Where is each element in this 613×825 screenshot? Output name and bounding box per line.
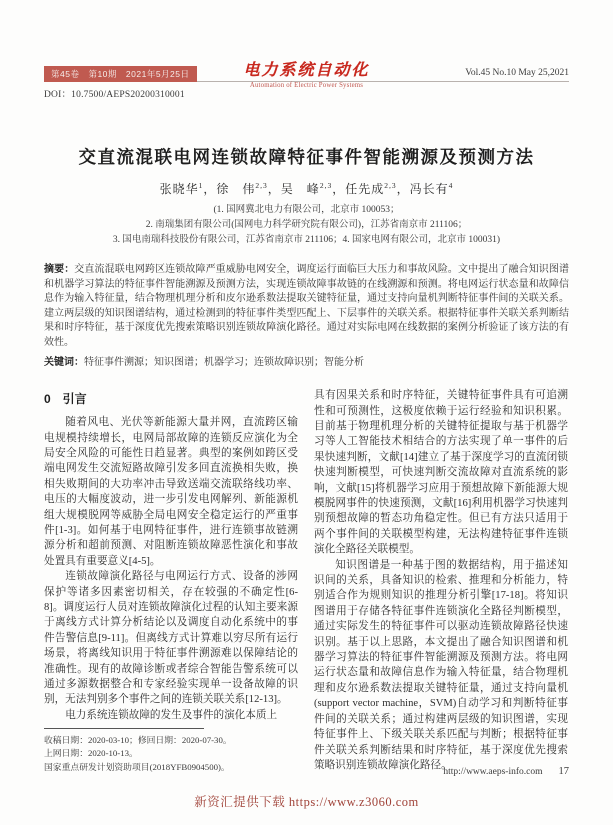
- affiliations: (1. 国网冀北电力有限公司，北京市 100053； 2. 南瑞集团有限公司(国…: [44, 203, 569, 248]
- abstract-text: 交直流混联电网跨区连锁故障严重威胁电网安全，调度运行面临巨大压力和事故风险。文中…: [44, 264, 569, 348]
- right-column: 具有因果关系和时序特征，关键特征事件具有可追溯性和可预测性，这极度依赖于运行经验…: [314, 388, 568, 774]
- paragraph: 电力系统连锁故障的发生及事件的演化本质上: [44, 708, 298, 723]
- journal-page: 第45卷 第10期 2021年5月25日 DOI：10.7500/AEPS202…: [0, 0, 613, 825]
- volume-english: Vol.45 No.10 May 25,2021: [465, 68, 569, 78]
- author: 吴 峰2,3: [281, 182, 332, 196]
- journal-url: http://www.aeps-info.com: [443, 767, 542, 777]
- page-footer: http://www.aeps-info.com17: [443, 766, 569, 777]
- abstract-label: 摘要：: [44, 264, 74, 275]
- keywords-label: 关键词：: [44, 357, 84, 368]
- affiliation-line: (1. 国网冀北电力有限公司，北京市 100053；: [44, 203, 569, 218]
- body-columns: 0 引言 随着风电、光伏等新能源大量并网，直流跨区输电规模持续增长，电网局部故障…: [44, 388, 569, 774]
- author: 徐 伟2,3: [216, 182, 267, 196]
- author-separator: ，: [203, 182, 216, 196]
- author: 冯长有4: [410, 182, 454, 196]
- paragraph: 连锁故障演化路径与电网运行方式、设备的涉网保护等诸多因素密切相关，存在较强的不确…: [44, 569, 298, 708]
- doi-text: DOI：10.7500/AEPS20200310001: [44, 86, 197, 100]
- download-watermark: 新资汇提供下载 https://www.z3060.com: [0, 792, 613, 810]
- footnote-line: 上网日期：2020-10-13。: [44, 747, 298, 761]
- paragraph: 具有因果关系和时序特征，关键特征事件具有可追溯性和可预测性，这极度依赖于运行经验…: [314, 388, 568, 557]
- footnote-divider: [44, 728, 204, 729]
- abstract-block: 摘要：交直流混联电网跨区连锁故障严重威胁电网安全，调度运行面临巨大压力和事故风险…: [44, 263, 569, 351]
- keywords-text: 特征事件溯源；知识图谱；机器学习；连锁故障识别；智能分析: [84, 357, 364, 368]
- journal-logo: 电力系统自动化 Automation of Electric Power Sys…: [212, 61, 402, 89]
- footnote-block: 收稿日期：2020-03-10；修回日期：2020-07-30。 上网日期：20…: [44, 724, 298, 775]
- journal-name-en: Automation of Electric Power Systems: [212, 82, 402, 89]
- author: 任先成2,3: [345, 182, 396, 196]
- volume-issue-badge: 第45卷 第10期 2021年5月25日: [44, 66, 197, 82]
- author-separator: ，: [268, 182, 281, 196]
- section-heading-intro: 0 引言: [44, 390, 298, 407]
- paragraph: 随着风电、光伏等新能源大量并网，直流跨区输电规模持续增长，电网局部故障的连锁反应…: [44, 415, 298, 569]
- author: 张晓华1: [160, 182, 204, 196]
- affiliation-line: 2. 南瑞集团有限公司(国网电力科学研究院有限公司)，江苏省南京市 211106…: [44, 218, 569, 233]
- header-left: 第45卷 第10期 2021年5月25日 DOI：10.7500/AEPS202…: [44, 64, 197, 100]
- author-line: 张晓华1，徐 伟2,3，吴 峰2,3，任先成2,3，冯长有4: [44, 180, 569, 197]
- author-separator: ，: [332, 182, 345, 196]
- journal-name-cn: 电力系统自动化: [212, 61, 402, 81]
- page-header: 第45卷 第10期 2021年5月25日 DOI：10.7500/AEPS202…: [44, 64, 569, 104]
- footnote-line: 收稿日期：2020-03-10；修回日期：2020-07-30。: [44, 734, 298, 748]
- page-number: 17: [559, 766, 570, 777]
- paper-title: 交直流混联电网连锁故障特征事件智能溯源及预测方法: [44, 144, 569, 169]
- footnote-line: 国家重点研发计划资助项目(2018YFB0904500)。: [44, 761, 298, 775]
- author-separator: ，: [397, 182, 410, 196]
- keywords-block: 关键词：特征事件溯源；知识图谱；机器学习；连锁故障识别；智能分析: [44, 356, 569, 371]
- affiliation-line: 3. 国电南瑞科技股份有限公司，江苏省南京市 211106；4. 国家电网有限公…: [44, 233, 569, 248]
- left-column: 0 引言 随着风电、光伏等新能源大量并网，直流跨区输电规模持续增长，电网局部故障…: [44, 388, 298, 774]
- paragraph: 知识图谱是一种基于图的数据结构，用于描述知识间的关系，具备知识的检索、推理和分析…: [314, 558, 568, 774]
